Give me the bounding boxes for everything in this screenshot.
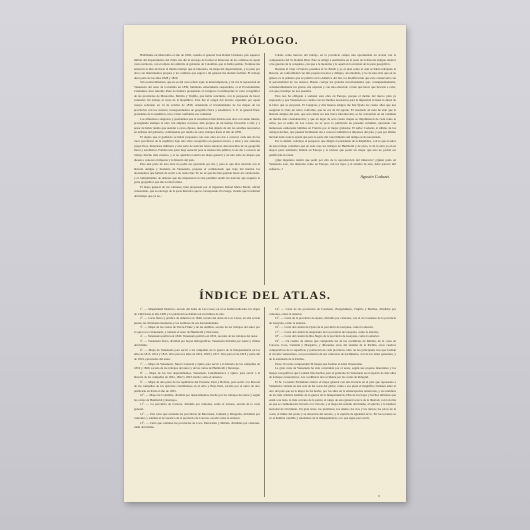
prologo-paragraph: Durante el viaje a Francia, pasamos el S… [269,67,396,94]
index-entry: La gran carta de Venezuela ha sido const… [269,366,396,380]
prologo-right-column: Caldas como herrero del trabajo, en la p… [265,53,396,285]
indice-columns: 1º. — Mapamundi histórico, sacado del At… [134,307,396,497]
index-entry: 2º. — Carta física y política de América… [134,316,260,325]
index-entry: 7º. — Mapa de Venezuela, Nueva Granada y… [134,362,260,371]
prologo-left-column: Hallábame en Maracaibo el año de 1826, c… [134,53,265,285]
index-entry: 11º. — La provincia de Caracas, dividida… [134,402,260,411]
prologo-paragraph: Por lo demás, concluyo el prospecto que … [269,139,396,157]
index-entry: 6º. — Mapa de Venezuela para servir a la… [134,348,260,362]
prologo-columns: Hallábame en Maracaibo el año de 1826, c… [134,53,396,285]
prologo-paragraph: ¿Qué ingeniero tendrá que pedir por ella… [269,158,396,172]
indice-right-column: 14º. — Carta de las provincias de Carabo… [265,307,396,497]
index-entry: 14º. — Carta de las provincias de Carabo… [269,307,396,316]
index-entry: 15º. — Carta de la provincia de Apure, d… [269,316,396,325]
page-number: II [378,494,380,498]
prologo-paragraph: Hallábame en Maracaibo el año de 1826, c… [134,53,260,80]
index-entry: 1º. — Mapamundi histórico, sacado del At… [134,307,260,316]
prologo-paragraph: Pero una parte de esta obra no podía ser… [134,162,260,185]
index-entry: 5º. — Venezuela física, dividida por hoy… [134,339,260,348]
prologo-paragraph: Esto nos ha obligado a someter esta obra… [269,94,396,139]
index-entry: 9º. — Mapa de una parte de las república… [134,380,260,394]
prologo-paragraph: Caldas como herrero del trabajo, en la p… [269,53,396,67]
prologo-paragraph: Los diferentes congresos y presidentes q… [134,117,260,135]
atlas-poster: PRÓLOGO. Hallábame en Maracaibo el año d… [124,25,406,502]
prologo-section: PRÓLOGO. Hallábame en Maracaibo el año d… [134,33,396,285]
index-entry: El Sr. Coronela Fernández obtuvo el mapa… [269,380,396,421]
index-entry: 3º. — Mapa de las costas de Tierra-Firme… [134,325,260,334]
prologo-paragraph: Tan acontecimientos, que no es del caso … [134,80,260,116]
index-entry: 12º. — Una carta que contiene las provin… [134,412,260,421]
prologo-paragraph: El mapa general de los cantones, bien pr… [134,185,260,199]
prologo-paragraph: El objeto que el gobierno se había propu… [134,135,260,162]
index-entry: 13º. — Carta que contiene las provincias… [134,421,260,430]
index-entry: 19º. — Un cuadro de alturas que comprend… [269,339,396,362]
indice-section: ÍNDICE DEL ATLAS. 1º. — Mapamundi histór… [134,287,396,497]
prologo-title: PRÓLOGO. [134,33,396,49]
author-signature: Agustin Codazzi. [269,174,396,179]
indice-left-column: 1º. — Mapamundi histórico, sacado del At… [134,307,265,497]
index-entry: 10º. — Mapa de Colombia, dividida por de… [134,393,260,402]
index-entry: 8º. — Mapa de los tres departamentos, Ve… [134,371,260,380]
indice-title: ÍNDICE DEL ATLAS. [134,287,396,303]
